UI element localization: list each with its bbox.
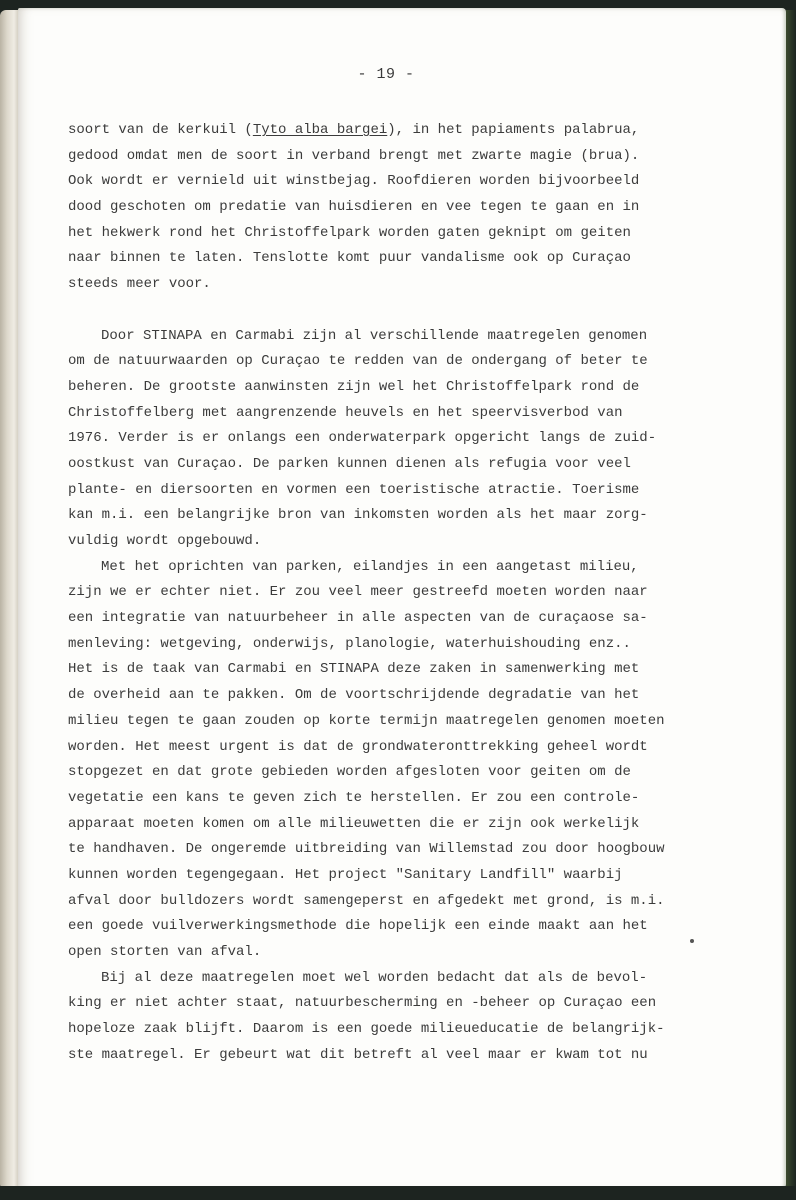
scientific-name: Tyto alba bargei <box>253 122 387 138</box>
text-line: beheren. De grootste aanwinsten zijn wel… <box>68 375 708 401</box>
text-line: king er niet achter staat, natuurbescher… <box>68 991 708 1017</box>
text-line: 1976. Verder is er onlangs een onderwate… <box>68 426 708 452</box>
paragraph: soort van de kerkuil (Tyto alba bargei),… <box>68 118 708 298</box>
scanned-page-view: - 19 - soort van de kerkuil (Tyto alba b… <box>0 0 796 1200</box>
book-binding-edge <box>0 10 20 1190</box>
text-line: Door STINAPA en Carmabi zijn al verschil… <box>68 324 708 350</box>
text-line: menleving: wetgeving, onderwijs, planolo… <box>68 632 708 658</box>
text-line: worden. Het meest urgent is dat de grond… <box>68 735 708 761</box>
paragraph: Met het oprichten van parken, eilandjes … <box>68 555 708 966</box>
text-line: Christoffelberg met aangrenzende heuvels… <box>68 401 708 427</box>
body-text: soort van de kerkuil (Tyto alba bargei),… <box>68 118 708 1068</box>
ink-speck <box>690 939 694 943</box>
text-line: dood geschoten om predatie van huisdiere… <box>68 195 708 221</box>
text-line: apparaat moeten komen om alle milieuwett… <box>68 812 708 838</box>
text-line: naar binnen te laten. Tenslotte komt puu… <box>68 246 708 272</box>
text-line: een goede vuilverwerkingsmethode die hop… <box>68 914 708 940</box>
text-line: zijn we er echter niet. Er zou veel meer… <box>68 580 708 606</box>
text-line: een integratie van natuurbeheer in alle … <box>68 606 708 632</box>
text-line: ste maatregel. Er gebeurt wat dit betref… <box>68 1043 708 1069</box>
text-line: te handhaven. De ongeremde uitbreiding v… <box>68 837 708 863</box>
text-line: Bij al deze maatregelen moet wel worden … <box>68 966 708 992</box>
text-line: Het is de taak van Carmabi en STINAPA de… <box>68 657 708 683</box>
text-line: Met het oprichten van parken, eilandjes … <box>68 555 708 581</box>
text-line: plante- en diersoorten en vormen een toe… <box>68 478 708 504</box>
page-number: - 19 - <box>18 66 754 83</box>
text-line: steeds meer voor. <box>68 272 708 298</box>
text-line: milieu tegen te gaan zouden op korte ter… <box>68 709 708 735</box>
text-line: afval door bulldozers wordt samengeperst… <box>68 889 708 915</box>
text-line: kan m.i. een belangrijke bron van inkoms… <box>68 503 708 529</box>
page-right-edge <box>786 10 796 1190</box>
paragraph: Door STINAPA en Carmabi zijn al verschil… <box>68 324 708 555</box>
text-line: open storten van afval. <box>68 940 708 966</box>
scan-bottom-shadow <box>0 1186 796 1200</box>
text-line: vuldig wordt opgebouwd. <box>68 529 708 555</box>
text-line: hopeloze zaak blijft. Daarom is een goed… <box>68 1017 708 1043</box>
text-line: soort van de kerkuil (Tyto alba bargei),… <box>68 118 708 144</box>
text-line: Ook wordt er vernield uit winstbejag. Ro… <box>68 169 708 195</box>
text-line: stopgezet en dat grote gebieden worden a… <box>68 760 708 786</box>
text-line: de overheid aan te pakken. Om de voortsc… <box>68 683 708 709</box>
text-line: gedood omdat men de soort in verband bre… <box>68 144 708 170</box>
text-line: om de natuurwaarden op Curaçao te redden… <box>68 349 708 375</box>
text-line: vegetatie een kans te geven zich te hers… <box>68 786 708 812</box>
text-line: oostkust van Curaçao. De parken kunnen d… <box>68 452 708 478</box>
text-line: kunnen worden tegengegaan. Het project "… <box>68 863 708 889</box>
document-page: - 19 - soort van de kerkuil (Tyto alba b… <box>18 8 786 1190</box>
paragraph: Bij al deze maatregelen moet wel worden … <box>68 966 708 1069</box>
text-line: het hekwerk rond het Christoffelpark wor… <box>68 221 708 247</box>
paragraph-gap <box>68 298 708 324</box>
